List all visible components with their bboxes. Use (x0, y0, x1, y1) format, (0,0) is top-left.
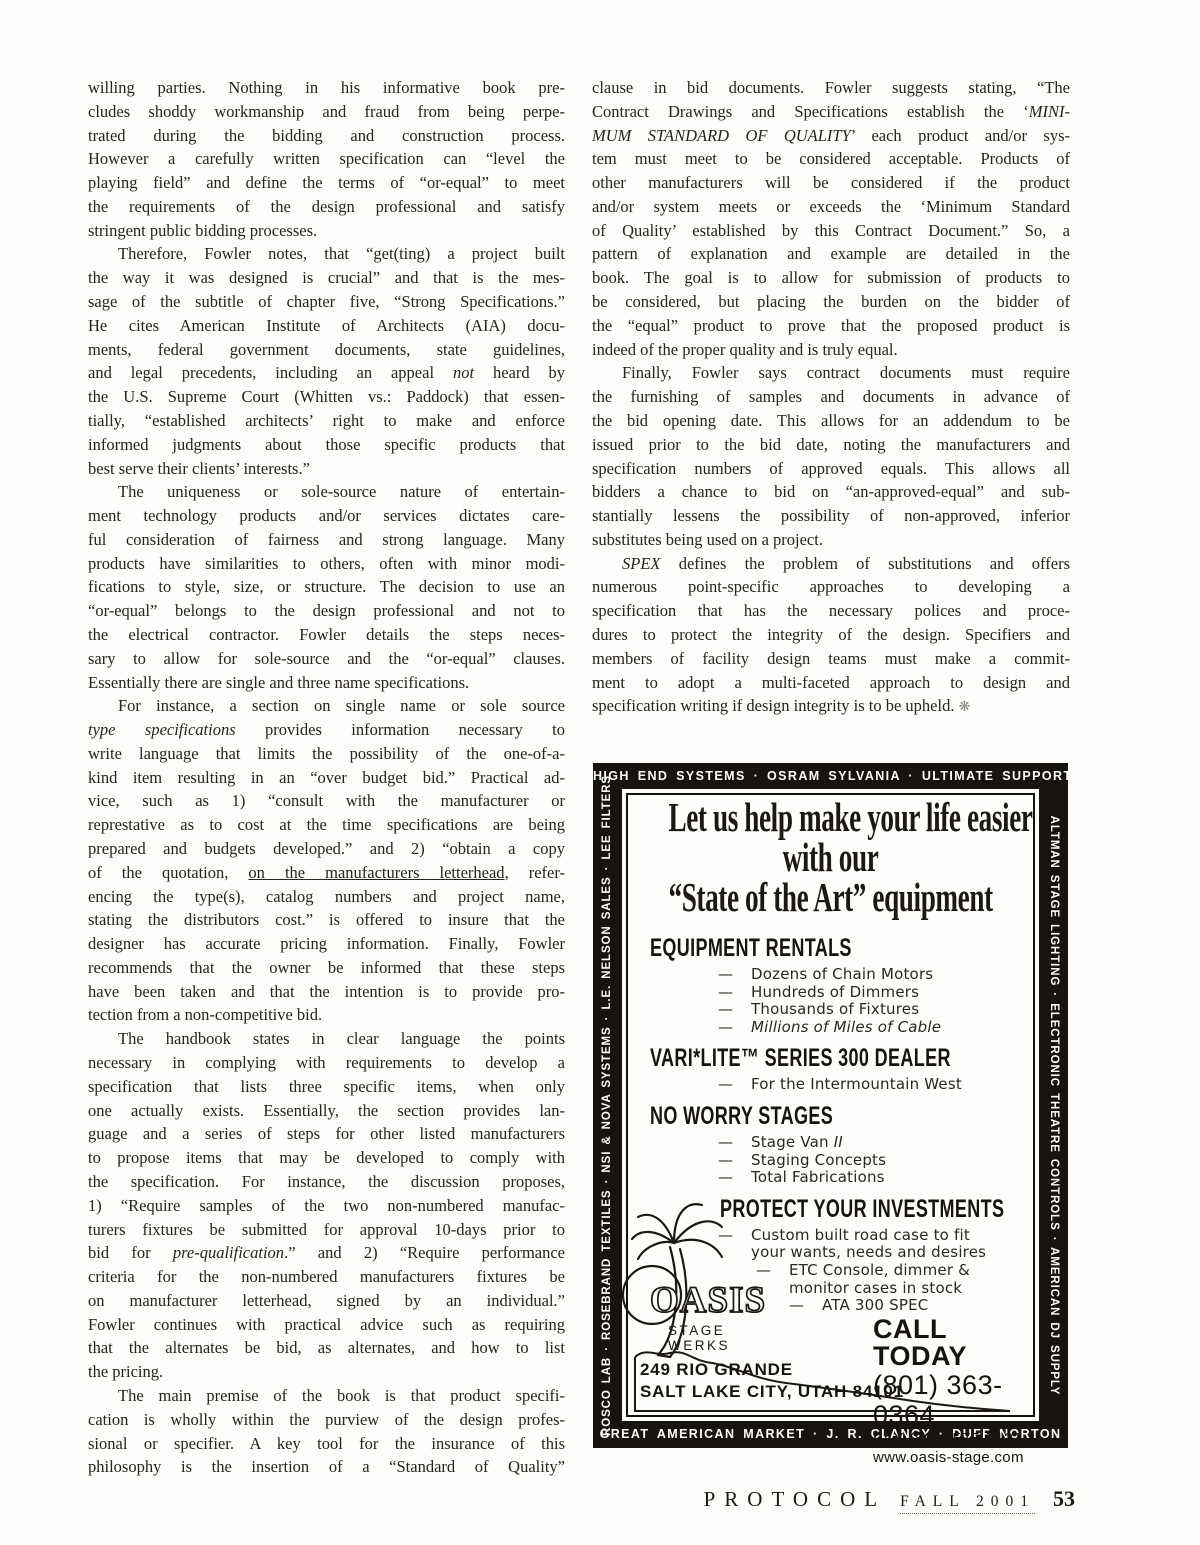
text-line: dures to protect the integrity of the de… (592, 623, 1070, 647)
text-line: sary to allow for sole-source and the “o… (88, 647, 565, 671)
bullet-text: Hundreds of Dimmers (751, 983, 919, 1001)
text-line: one actually exists. Essentially, the se… (88, 1099, 565, 1123)
ad-headline-line: “State of the Art” equipment (669, 875, 993, 923)
text-line: informed judgments about those specific … (88, 433, 565, 457)
text-line: sional or specifier. A key tool for the … (88, 1432, 565, 1456)
text-line: prepared and budgets developed.” and 2) … (88, 837, 565, 861)
text-line: specification writing if design integrit… (592, 694, 1070, 720)
text-line: MUM STANDARD OF QUALITY’ each product an… (592, 124, 1070, 148)
text-line: numerous point-specific approaches to de… (592, 575, 1070, 599)
text-line: Finally, Fowler says contract documents … (592, 361, 1070, 385)
text-line: necessary in complying with requirements… (88, 1051, 565, 1075)
text-line: willing parties. Nothing in his informat… (88, 76, 565, 100)
dash-icon: — (718, 1169, 751, 1187)
text-line: specification that has the necessary pol… (592, 599, 1070, 623)
ad-headline: Let us help make your life easierwith ou… (628, 799, 1033, 919)
text-line: ful consideration of fairness and strong… (88, 528, 565, 552)
bullet-text: Stage Van II (751, 1133, 843, 1151)
ad-border-left-sponsors: ROSCO LAB · ROSEBRAND TEXTILES · NSI & N… (593, 763, 622, 1448)
text-line: philosophy is the insertion of a “Standa… (88, 1455, 565, 1479)
text-line: cation is wholly within the purview of t… (88, 1408, 565, 1432)
bullet-text: ETC Console, dimmer & (789, 1261, 970, 1279)
text-line: of the quotation, on the manufacturers l… (88, 861, 565, 885)
text-line: encing the type(s), catalog numbers and … (88, 885, 565, 909)
text-line: tially, “established architects’ right t… (88, 409, 565, 433)
text-line: substitutes being used on a project. (592, 528, 1070, 552)
phone-number: (801) 363-0364 (873, 1370, 1033, 1430)
text-line: the U.S. Supreme Court (Whitten vs.: Pad… (88, 385, 565, 409)
text-line: indeed of the proper quality and is trul… (592, 338, 1070, 362)
text-line: designer has accurate pricing informatio… (88, 932, 565, 956)
text-line: write language that limits the possibili… (88, 742, 565, 766)
bullet-text: Dozens of Chain Motors (751, 965, 933, 983)
text-line: and legal precedents, including an appea… (88, 361, 565, 385)
ad-section: VARI*LITE™ SERIES 300 DEALER—For the Int… (650, 1045, 1033, 1094)
bullet-text: Custom built road case to fit (751, 1226, 970, 1244)
ad-bullet-item: —Staging Concepts (718, 1152, 1033, 1170)
text-line: best serve their clients’ interests.” (88, 457, 565, 481)
text-line: fications to style, size, or structure. … (88, 575, 565, 599)
address-line: SALT LAKE CITY, UTAH 84101 (640, 1381, 904, 1403)
text-line: sage of the subtitle of chapter five, “S… (88, 290, 565, 314)
dash-icon: — (718, 1019, 751, 1037)
text-line: ment to adopt a multi-faceted approach t… (592, 671, 1070, 695)
text-line: ments, federal government documents, sta… (88, 338, 565, 362)
text-line: the pricing. (88, 1360, 565, 1384)
ad-sections: EQUIPMENT RENTALS—Dozens of Chain Motors… (650, 935, 1033, 1315)
text-line: of Quality’ established by this Contract… (592, 219, 1070, 243)
text-line: Therefore, Fowler notes, that “get(ting)… (88, 242, 565, 266)
ad-bullet-item: your wants, needs and desires (718, 1244, 1033, 1262)
dash-icon: — (756, 1262, 789, 1280)
ad-bullet-item: —For the Intermountain West (718, 1076, 1033, 1094)
ad-content-area: Let us help make your life easierwith ou… (626, 793, 1035, 1417)
text-line: 1) “Require samples of the two non-numbe… (88, 1194, 565, 1218)
text-line: criteria for the non-numbered manufactur… (88, 1265, 565, 1289)
bullet-text: Total Fabrications (751, 1168, 885, 1186)
ad-section: EQUIPMENT RENTALS—Dozens of Chain Motors… (650, 935, 1033, 1036)
ad-bullet-item: —ETC Console, dimmer & (756, 1262, 1033, 1280)
bullet-text: For the Intermountain West (751, 1075, 962, 1093)
ad-bullet-item: —Millions of Miles of Cable (718, 1019, 1033, 1037)
text-line: pattern of explanation and example are d… (592, 242, 1070, 266)
ad-address: 249 RIO GRANDESALT LAKE CITY, UTAH 84101 (640, 1359, 904, 1403)
text-line: that the alternates be bid, as alternate… (88, 1336, 565, 1360)
text-line: recommends that the owner be informed th… (88, 956, 565, 980)
issue-label: FALL 2001 (900, 1493, 1035, 1514)
ad-section-heading: NO WORRY STAGES (650, 1103, 926, 1129)
text-line: represtative as to cost at the time spec… (88, 813, 565, 837)
dash-icon: — (718, 1134, 751, 1152)
text-line: other manufacturers will be considered i… (592, 171, 1070, 195)
text-line: “or-equal” belongs to the design profess… (88, 599, 565, 623)
text-line: tem must meet to be considered acceptabl… (592, 147, 1070, 171)
dash-icon: — (718, 1076, 751, 1094)
text-line: Essentially there are single and three n… (88, 671, 565, 695)
ad-bullet-item: —Thousands of Fixtures (718, 1001, 1033, 1019)
website-url: www.oasis-stage.com (873, 1449, 1033, 1467)
dash-icon: — (789, 1297, 822, 1315)
ad-bullet-item: —Custom built road case to fit (718, 1227, 1033, 1245)
article-right-column: clause in bid documents. Fowler suggests… (592, 76, 1070, 720)
dash-icon: — (718, 1152, 751, 1170)
text-line: the specification. For instance, the dis… (88, 1170, 565, 1194)
text-line: the furnishing of samples and documents … (592, 385, 1070, 409)
text-line: the way it was designed is crucial” and … (88, 266, 565, 290)
oasis-stage-werks-advertisement: HIGH END SYSTEMS · OSRAM SYLVANIA · ULTI… (593, 763, 1068, 1448)
dash-icon: — (718, 966, 751, 984)
ad-bullet-item: —Stage Van II (718, 1134, 1033, 1152)
text-line: stating the distributors cost.” is offer… (88, 908, 565, 932)
ad-bullet-item: —Dozens of Chain Motors (718, 966, 1033, 984)
text-line: members of facility design teams must ma… (592, 647, 1070, 671)
text-line: specification that lists three specific … (88, 1075, 565, 1099)
text-line: kind item resulting in an “over budget b… (88, 766, 565, 790)
text-line: ment technology products and/or services… (88, 504, 565, 528)
text-line: the electrical contractor. Fowler detail… (88, 623, 565, 647)
text-line: trated during the bidding and constructi… (88, 124, 565, 148)
dash-icon: — (718, 1001, 751, 1019)
magazine-page: willing parties. Nothing in his informat… (0, 0, 1200, 1545)
page-footer: PROTOCOL FALL 2001 53 (592, 1486, 1075, 1512)
text-line: The handbook states in clear language th… (88, 1027, 565, 1051)
text-line: be considered, but placing the burden on… (592, 290, 1070, 314)
ad-section-heading: VARI*LITE™ SERIES 300 DEALER (650, 1045, 926, 1071)
text-line: products have similarities to others, of… (88, 552, 565, 576)
text-line: bid for pre-qualification.” and 2) “Requ… (88, 1241, 565, 1265)
text-line: SPEX defines the problem of substitution… (592, 552, 1070, 576)
text-line: have been taken and that the intention i… (88, 980, 565, 1004)
text-line: clause in bid documents. Fowler suggests… (592, 76, 1070, 100)
text-line: the requirements of the design professio… (88, 195, 565, 219)
ad-section: PROTECT YOUR INVESTMENTS—Custom built ro… (650, 1196, 1033, 1315)
dash-icon: — (718, 984, 751, 1002)
ad-section-heading: PROTECT YOUR INVESTMENTS (720, 1196, 945, 1222)
ad-border-right-sponsors: ALTMAN STAGE LIGHTING · ELECTRONIC THEAT… (1039, 763, 1068, 1448)
ad-bullet-item: —Hundreds of Dimmers (718, 984, 1033, 1002)
bullet-text: Staging Concepts (751, 1151, 886, 1169)
text-line: Fowler continues with practical advice s… (88, 1313, 565, 1337)
text-line: book. The goal is to allow for submissio… (592, 266, 1070, 290)
ad-section-heading: EQUIPMENT RENTALS (650, 935, 926, 961)
text-line: bidders a chance to bid on “an-approved-… (592, 480, 1070, 504)
page-number: 53 (1053, 1486, 1075, 1511)
text-line: cludes shoddy workmanship and fraud from… (88, 100, 565, 124)
ad-border-top-sponsors: HIGH END SYSTEMS · OSRAM SYLVANIA · ULTI… (593, 763, 1068, 789)
text-line: stantially lessens the possibility of no… (592, 504, 1070, 528)
text-line: The uniqueness or sole-source nature of … (88, 480, 565, 504)
article-left-column: willing parties. Nothing in his informat… (88, 76, 565, 1479)
text-line: specification numbers of approved equals… (592, 457, 1070, 481)
bullet-text: Thousands of Fixtures (751, 1000, 919, 1018)
text-line: type specifications provides information… (88, 718, 565, 742)
text-line: stringent public bidding processes. (88, 219, 565, 243)
text-line: The main premise of the book is that pro… (88, 1384, 565, 1408)
bullet-text: monitor cases in stock (789, 1279, 962, 1297)
fax-number: FAX (801) 575-7121 (873, 1430, 1033, 1449)
address-line: 249 RIO GRANDE (640, 1359, 904, 1381)
text-line: Contract Drawings and Specifications est… (592, 100, 1070, 124)
ad-contact-block: CALL TODAY (801) 363-0364 FAX (801) 575-… (873, 1316, 1033, 1467)
text-line: turers fixtures be submitted for approva… (88, 1218, 565, 1242)
text-line: playing field” and define the terms of “… (88, 171, 565, 195)
dash-icon: — (718, 1227, 751, 1245)
text-line: He cites American Institute of Architect… (88, 314, 565, 338)
bullet-text: your wants, needs and desires (751, 1243, 986, 1261)
bullet-text: ATA 300 SPEC (822, 1296, 928, 1314)
bullet-text: Millions of Miles of Cable (751, 1018, 941, 1036)
call-today-label: CALL TODAY (873, 1316, 1033, 1370)
text-line: the “equal” product to prove that the pr… (592, 314, 1070, 338)
ad-bullet-item: —ATA 300 SPEC (789, 1297, 1033, 1315)
text-line: on manufacturer letterhead, signed by an… (88, 1289, 565, 1313)
ad-section: NO WORRY STAGES—Stage Van II—Staging Con… (650, 1103, 1033, 1187)
text-line: However a carefully written specificatio… (88, 147, 565, 171)
text-line: to propose items that may be developed t… (88, 1146, 565, 1170)
magazine-title: PROTOCOL (704, 1487, 886, 1511)
text-line: vice, such as 1) “consult with the manuf… (88, 789, 565, 813)
text-line: For instance, a section on single name o… (88, 694, 565, 718)
text-line: tection from a non-competitive bid. (88, 1003, 565, 1027)
ad-bullet-item: monitor cases in stock (756, 1280, 1033, 1298)
text-line: guage and a series of steps for other li… (88, 1122, 565, 1146)
text-line: and/or system meets or exceeds the ‘Mini… (592, 195, 1070, 219)
text-line: the bid opening date. This allows for an… (592, 409, 1070, 433)
ad-bullet-item: —Total Fabrications (718, 1169, 1033, 1187)
text-line: issued prior to the bid date, noting the… (592, 433, 1070, 457)
